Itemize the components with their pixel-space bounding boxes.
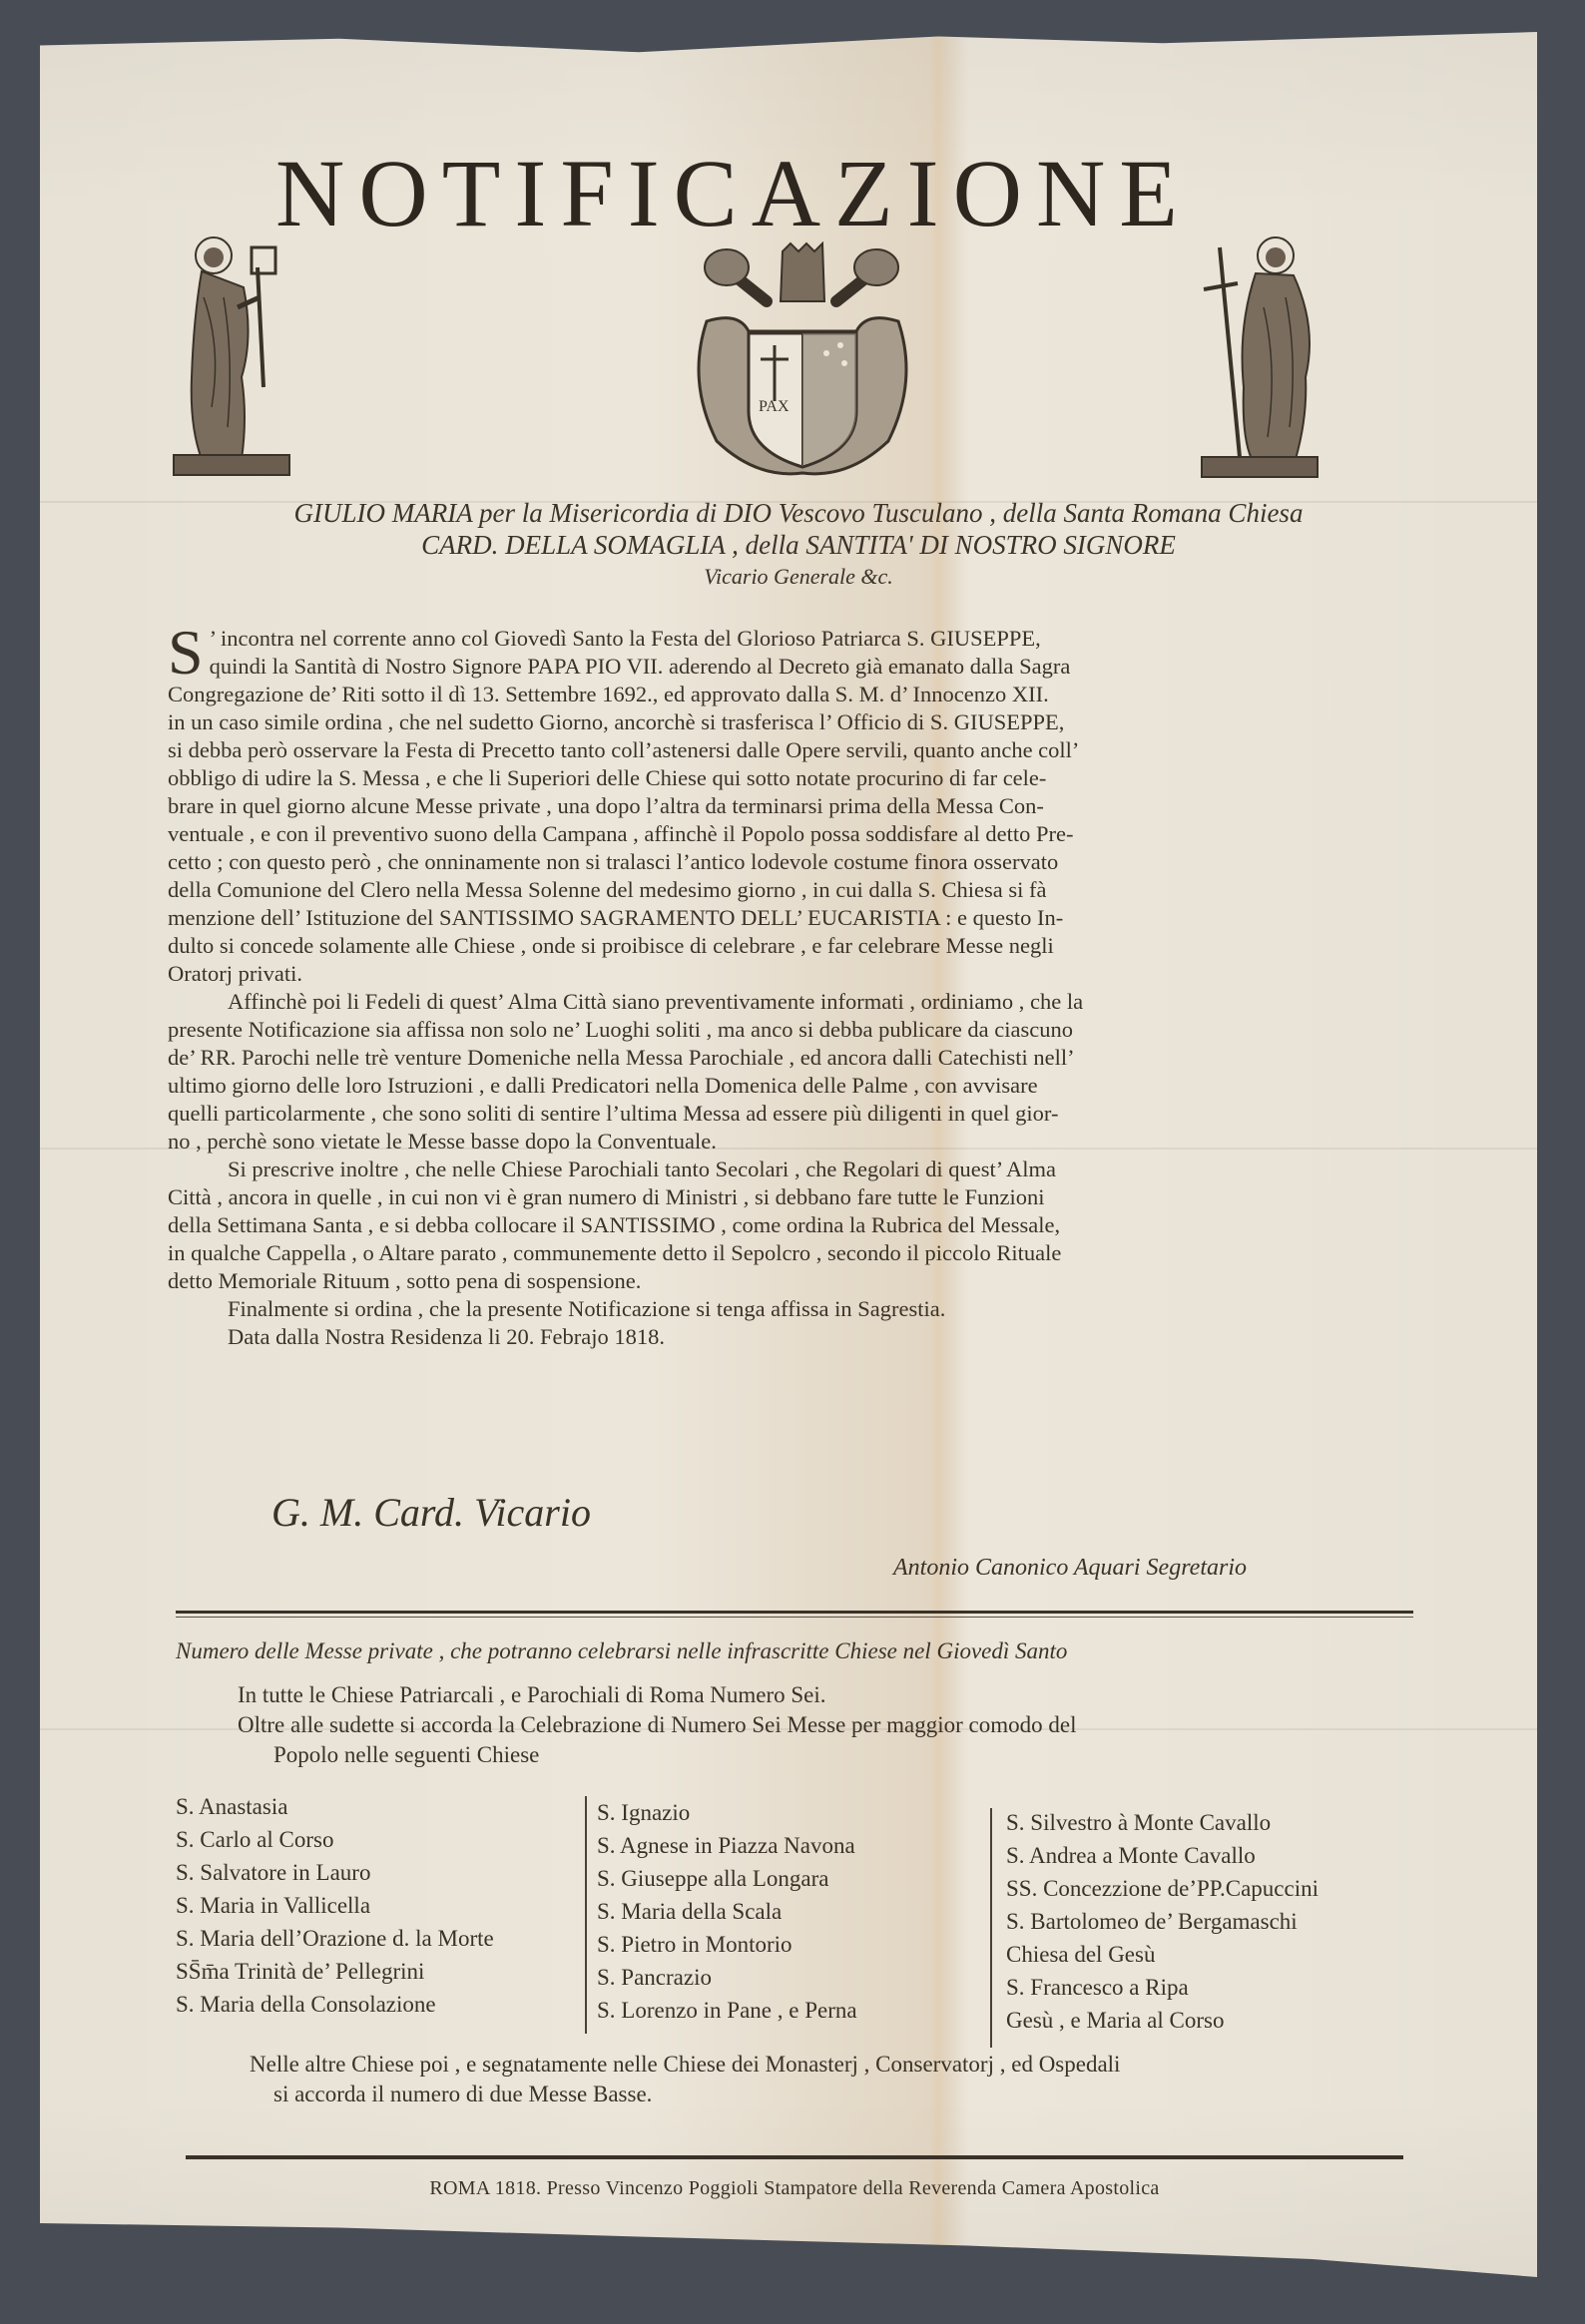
church-item: S. Carlo al Corso <box>176 1823 494 1856</box>
body-line: Oratorj privati. <box>168 960 1395 988</box>
church-list-column-3: S. Silvestro à Monte Cavallo S. Andrea a… <box>1006 1806 1319 2037</box>
masses-line-2: Oltre alle sudette si accorda la Celebra… <box>176 1710 1423 1740</box>
date-line: Data dalla Nostra Residenza li 20. Febra… <box>168 1323 1395 1351</box>
masses-intro: Numero delle Messe private , che potrann… <box>176 1636 1423 1666</box>
body-line: presente Notificazione sia affissa non s… <box>168 1016 1395 1044</box>
masses-line-3: Popolo nelle seguenti Chiese <box>176 1740 1423 1770</box>
church-item: SS. Concezzione de’PP.Capuccini <box>1006 1872 1319 1905</box>
body-line: della Settimana Santa , e si debba collo… <box>168 1211 1395 1239</box>
church-list-column-2: S. Ignazio S. Agnese in Piazza Navona S.… <box>597 1796 857 2027</box>
church-list-column-1: S. Anastasia S. Carlo al Corso S. Salvat… <box>176 1790 494 2021</box>
notice-body: S ’ incontra nel corrente anno col Giove… <box>168 625 1395 1351</box>
closing-note: Nelle altre Chiese poi , e segnatamente … <box>250 2050 1427 2109</box>
body-line: Città , ancora in quelle , in cui non vi… <box>168 1183 1395 1211</box>
body-line: della Comunione del Clero nella Messa So… <box>168 876 1395 904</box>
column-divider <box>585 1796 587 2034</box>
body-line: no , perchè sono vietate le Messe basse … <box>168 1128 1395 1156</box>
heading-line-2: CARD. DELLA SOMAGLIA , della SANTITA' DI… <box>150 529 1447 561</box>
body-line: in qualche Cappella , o Altare parato , … <box>168 1239 1395 1267</box>
cardinal-signature: G. M. Card. Vicario <box>271 1489 591 1536</box>
body-line: cetto ; con questo però , che onninament… <box>168 848 1395 876</box>
church-item: S. Maria dell’Orazione d. la Morte <box>176 1922 494 1955</box>
secretary-signature: Antonio Canonico Aquari Segretario <box>893 1555 1247 1582</box>
body-line: Si prescrive inoltre , che nelle Chiese … <box>168 1156 1395 1183</box>
closing-line-2: si accorda il numero di due Messe Basse. <box>250 2080 1427 2109</box>
church-item: S. Anastasia <box>176 1790 494 1823</box>
coat-of-arms-icon: PAX <box>687 241 918 479</box>
paragraph-2: Affinchè poi li Fedeli di quest’ Alma Ci… <box>168 988 1395 1156</box>
body-line: menzione dell’ Istituzione del SANTISSIM… <box>168 904 1395 932</box>
church-item: Chiesa del Gesù <box>1006 1938 1319 1971</box>
church-item: S. Lorenzo in Pane , e Perna <box>597 1994 857 2027</box>
church-item: S. Maria in Vallicella <box>176 1889 494 1922</box>
body-line: obbligo di udire la S. Messa , e che li … <box>168 764 1395 792</box>
body-line: Congregazione de’ Riti sotto il dì 13. S… <box>168 681 1395 708</box>
church-item: S. Agnese in Piazza Navona <box>597 1829 857 1862</box>
body-line: ventuale , e con il preventivo suono del… <box>168 820 1395 848</box>
document-title: NOTIFICAZIONE <box>185 138 1283 248</box>
body-line: detto Memoriale Rituum , sotto pena di s… <box>168 1267 1395 1295</box>
saint-paul-icon <box>1198 228 1321 481</box>
church-item: S. Andrea a Monte Cavallo <box>1006 1839 1319 1872</box>
section-divider <box>176 1611 1413 1614</box>
church-item: S. Francesco a Ripa <box>1006 1971 1319 2004</box>
church-item: S. Pietro in Montorio <box>597 1928 857 1961</box>
church-item: Gesù , e Maria al Corso <box>1006 2004 1319 2037</box>
body-line: brare in quel giorno alcune Messe privat… <box>168 792 1395 820</box>
church-item: S. Silvestro à Monte Cavallo <box>1006 1806 1319 1839</box>
church-item: S. Maria della Scala <box>597 1895 857 1928</box>
masses-section: Numero delle Messe private , che potrann… <box>176 1636 1423 1770</box>
church-item: S. Ignazio <box>597 1796 857 1829</box>
masses-line-1: In tutte le Chiese Patriarcali , e Paroc… <box>176 1680 1423 1710</box>
church-item: S. Pancrazio <box>597 1961 857 1994</box>
saint-peter-icon <box>172 228 291 479</box>
body-line: ultimo giorno delle loro Istruzioni , e … <box>168 1072 1395 1100</box>
paragraph-3: Si prescrive inoltre , che nelle Chiese … <box>168 1156 1395 1295</box>
svg-text:PAX: PAX <box>759 398 790 415</box>
paragraph-1: S ’ incontra nel corrente anno col Giove… <box>168 625 1395 988</box>
heading-line-1: GIULIO MARIA per la Misericordia di DIO … <box>150 497 1447 529</box>
church-item: S. Salvatore in Lauro <box>176 1856 494 1889</box>
body-line: de’ RR. Parochi nelle trè venture Domeni… <box>168 1044 1395 1072</box>
body-line: ’ incontra nel corrente anno col Giovedì… <box>168 625 1395 653</box>
church-item: S. Maria della Consolazione <box>176 1988 494 2021</box>
issuer-heading: GIULIO MARIA per la Misericordia di DIO … <box>150 497 1447 593</box>
body-line: quindi la Santità di Nostro Signore PAPA… <box>168 653 1395 681</box>
drop-cap: S <box>168 627 204 679</box>
body-line: in un caso simile ordina , che nel sudet… <box>168 708 1395 736</box>
footer-divider <box>186 2155 1403 2159</box>
printer-imprint: ROMA 1818. Presso Vincenzo Poggioli Stam… <box>186 2177 1403 2200</box>
church-item: SS̄m̄a Trinità de’ Pellegrini <box>176 1955 494 1988</box>
closing-line-1: Nelle altre Chiese poi , e segnatamente … <box>250 2050 1427 2080</box>
paragraph-4: Finalmente si ordina , che la presente N… <box>168 1295 1395 1323</box>
church-item: S. Bartolomeo de’ Bergamaschi <box>1006 1905 1319 1938</box>
heading-line-3: Vicario Generale &c. <box>150 561 1447 593</box>
column-divider <box>990 1808 992 2048</box>
church-item: S. Giuseppe alla Longara <box>597 1862 857 1895</box>
body-line: Affinchè poi li Fedeli di quest’ Alma Ci… <box>168 988 1395 1016</box>
body-line: quelli particolarmente , che sono soliti… <box>168 1100 1395 1128</box>
body-line: dulto si concede solamente alle Chiese ,… <box>168 932 1395 960</box>
body-line: si debba però osservare la Festa di Prec… <box>168 736 1395 764</box>
